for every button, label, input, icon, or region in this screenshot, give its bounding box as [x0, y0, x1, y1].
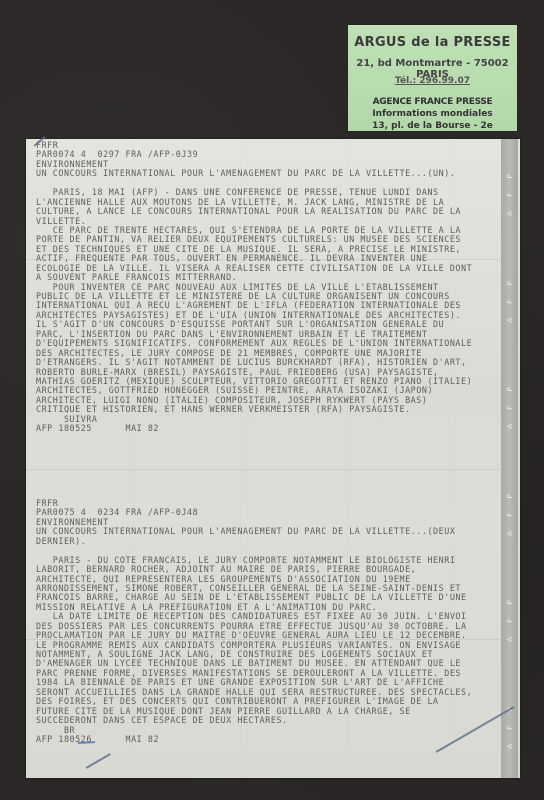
telex-sheet: A F P A F P A F P A F P A F P A F P FRFR…	[26, 139, 520, 778]
dispatch-1: FRFRPAR0074 4 0297 FRA /AFP-0J39ENVIRONN…	[36, 141, 506, 434]
afp-mark: A F P	[506, 488, 514, 536]
telex-line: CRITIQUE ET HISTORIEN, ET HANS WERNER VE…	[36, 405, 506, 414]
argus-press-stamp: ARGUS de la PRESSE 21, bd Montmartre - 7…	[348, 25, 517, 131]
stamp-phone: Tél.: 296.99.07	[348, 76, 517, 86]
stamp-agency-address: 13, pl. de la Bourse - 2e	[348, 121, 517, 131]
telex-line: DERNIER).	[36, 537, 506, 546]
afp-mark: A F P	[506, 382, 514, 430]
telex-line: SUCCEDERONT DANS CET ESPACE DE DEUX HECT…	[36, 716, 506, 725]
stamp-service: Informations mondiales	[348, 109, 517, 119]
afp-mark: A F P	[506, 595, 514, 643]
afp-mark: A F P	[506, 169, 514, 217]
telex-line: UN CONCOURS INTERNATIONAL POUR L'AMENAGE…	[36, 527, 506, 536]
dispatch-2: FRFRPAR0075 4 0234 FRA /AFP-0J48ENVIRONN…	[36, 499, 506, 744]
telex-line: AFP 180526 MAI 82	[36, 735, 506, 744]
afp-mark: A F P	[506, 275, 514, 323]
telex-line: CULTURE, A LANCE LE CONCOURS INTERNATION…	[36, 207, 506, 216]
pen-mark	[86, 753, 111, 768]
telex-line: AFP 180525 MAI 82	[36, 424, 506, 433]
paper-fold	[26, 469, 500, 470]
stamp-agency: AGENCE FRANCE PRESSE	[348, 97, 517, 107]
telex-line: UN CONCOURS INTERNATIONAL POUR L'AMENAGE…	[36, 169, 506, 178]
stamp-title: ARGUS de la PRESSE	[348, 35, 517, 50]
